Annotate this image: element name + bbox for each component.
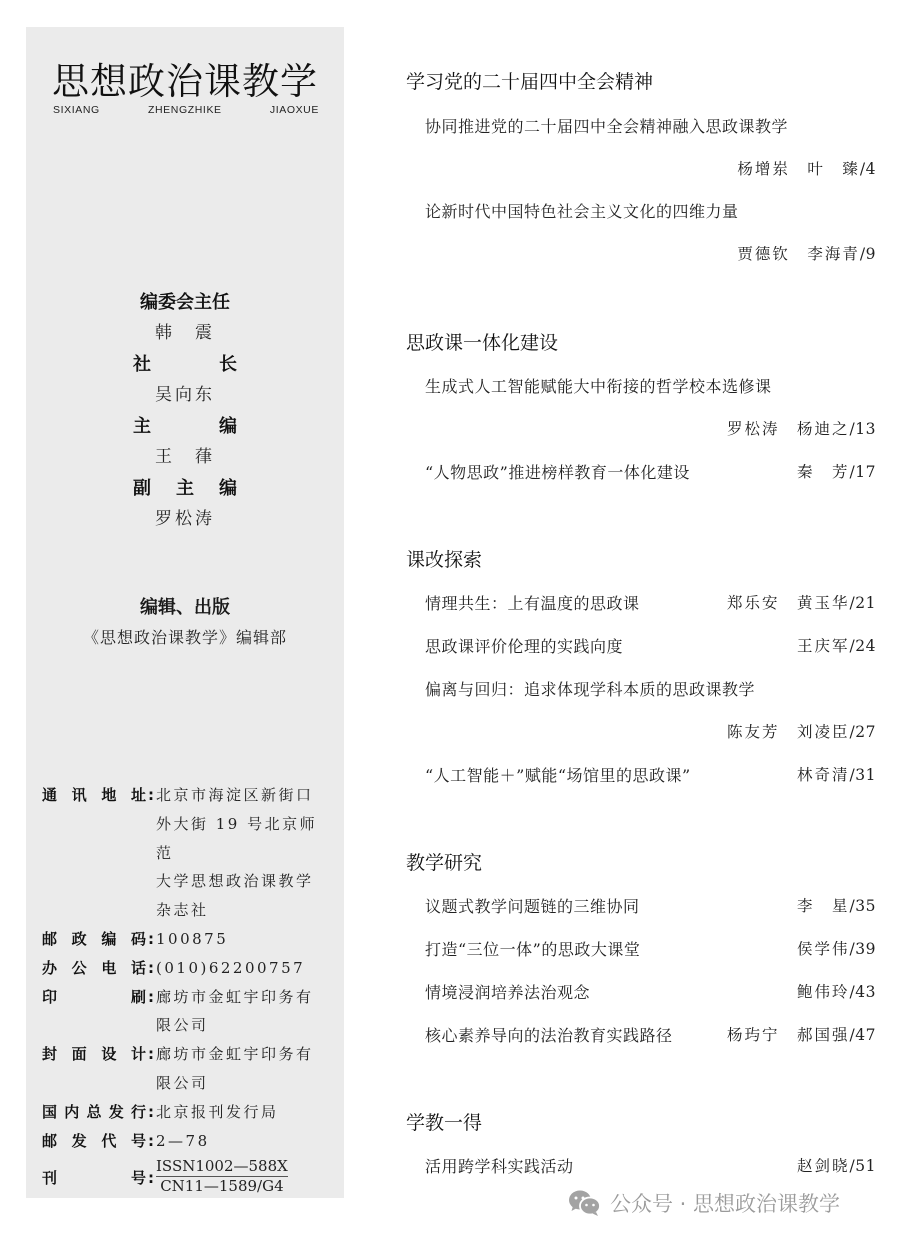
article-title[interactable]: 打造“三位一体”的思政大课堂 [425,937,640,960]
watermark-text: 公众号 · 思想政治课教学 [610,1188,840,1218]
role-char: 编 [219,411,237,442]
pinyin-word: JIAOXUE [270,104,319,116]
article-title[interactable]: 偏离与回归：追求体现学科本质的思政课教学 [425,677,755,700]
article-authors: 郑乐安 黄玉华 [727,594,850,612]
label-char: 刊 [42,1164,57,1193]
info-value: ISSN1002—588X CN11—1589/G4 [154,1155,334,1201]
section-title: 思政课一体化建设 [406,328,558,355]
label-char: 地 [101,781,116,925]
article-page[interactable]: 43 [855,983,876,1001]
label-char: 发 [109,1098,124,1127]
staff-name: 吴向东 [26,380,344,411]
role-char: 编 [219,473,237,504]
label-char: 封 [42,1040,57,1098]
article-authors: 陈友芳 刘凌臣 [727,723,850,741]
cn-number: CN11—1589/G4 [156,1177,288,1195]
publisher-role: 编辑、出版 [26,593,344,623]
article-page[interactable]: 9 [866,245,876,263]
article-title[interactable]: 生成式人工智能赋能大中衔接的哲学校本选修课 [425,374,772,397]
info-line: 外大街 19 号北京师范 [156,810,334,868]
article-meta: 罗松涛 杨迪之/13 [727,417,876,439]
article-meta: 李 星/35 [797,894,876,916]
role-char: 副 [133,473,151,504]
label-char: 址: [131,781,154,925]
info-line: 杂志社 [156,896,334,925]
info-value: 北京报刊发行局 [154,1098,334,1127]
article-title[interactable]: 思政课评价伦理的实践向度 [425,634,623,657]
label-char: 面 [72,1040,87,1098]
article-title[interactable]: 论新时代中国特色社会主义文化的四维力量 [425,199,739,222]
issn-fraction: ISSN1002—588X CN11—1589/G4 [156,1155,288,1195]
article-meta: 郑乐安 黄玉华/21 [727,591,876,613]
label-char: 内 [64,1098,79,1127]
article-authors: 王庆军 [797,637,850,655]
staff-role: 副 主 编 [133,473,237,504]
label-char: 国 [42,1098,57,1127]
section-title: 学习党的二十届四中全会精神 [406,67,653,94]
article-meta: 陈友芳 刘凌臣/27 [727,720,876,742]
info-label: 邮 政 编 码: [42,925,154,954]
article-page[interactable]: 51 [855,1157,876,1175]
contact-info: 通 讯 地 址: 北京市海淀区新街口 外大街 19 号北京师范 大学思想政治课教… [42,781,334,1201]
label-char: 总 [86,1098,101,1127]
label-char: 号: [131,1164,154,1193]
editorial-staff: 编委会主任 韩 震 社 长 吴向东 主 编 王 葎 副 主 编 罗松涛 [26,287,344,535]
role-char: 主 [133,411,151,442]
staff-name: 王 葎 [26,442,344,473]
article-authors: 李 星 [797,897,850,915]
article-authors: 贾德钦 李海青 [737,245,860,263]
info-label: 封 面 设 计: [42,1040,154,1098]
label-char: 办 [42,954,57,983]
staff-role: 社 长 [133,349,237,380]
article-meta: 王庆军/24 [797,634,876,656]
section-title: 教学研究 [406,848,482,875]
label-char: 号: [131,1127,154,1156]
masthead-sidebar: 思想政治课教学 SIXIANG ZHENGZHIKE JIAOXUE 编委会主任… [26,27,344,1198]
wechat-icon [568,1189,602,1217]
info-line: 廊坊市金虹宇印务有 [156,983,334,1012]
article-meta: 林奇清/31 [797,763,876,785]
wechat-watermark: 公众号 · 思想政治课教学 [568,1188,840,1218]
info-row-distributor: 国 内 总 发 行: 北京报刊发行局 [42,1098,334,1127]
article-meta: 杨玙宁 郝国强/47 [727,1023,876,1045]
article-authors: 赵剑晓 [797,1157,850,1175]
label-char: 发 [72,1127,87,1156]
info-label: 办 公 电 话: [42,954,154,983]
label-char: 讯 [72,781,87,925]
info-value: 100875 [154,925,334,954]
article-page[interactable]: 31 [855,766,876,784]
pinyin-word: SIXIANG [53,104,100,116]
publisher-name: 《思想政治课教学》编辑部 [26,623,344,653]
staff-name: 罗松涛 [26,504,344,535]
staff-role: 编委会主任 [26,287,344,318]
role-char: 长 [219,349,237,380]
info-row-printer: 印 刷: 廊坊市金虹宇印务有 限公司 [42,983,334,1041]
section-title: 学教一得 [406,1108,482,1135]
info-value: 廊坊市金虹宇印务有 限公司 [154,1040,334,1098]
section-title: 课改探索 [406,545,482,572]
article-authors: 罗松涛 杨迪之 [727,420,850,438]
info-line: 2—78 [156,1127,334,1156]
info-label: 通 讯 地 址: [42,781,154,925]
info-value: 廊坊市金虹宇印务有 限公司 [154,983,334,1041]
label-char: 政 [72,925,87,954]
info-label: 国 内 总 发 行: [42,1098,154,1127]
label-char: 计: [131,1040,154,1098]
article-title[interactable]: 情理共生：上有温度的思政课 [425,591,640,614]
info-line: 限公司 [156,1069,334,1098]
label-char: 话: [131,954,154,983]
article-authors: 杨增岽 叶 臻 [737,160,860,178]
label-char: 邮 [42,925,57,954]
article-meta: 贾德钦 李海青/9 [737,242,876,264]
info-line: 北京市海淀区新街口 [156,781,334,810]
article-authors: 林奇清 [797,766,850,784]
article-authors: 鲍伟玲 [797,983,850,1001]
info-label: 邮 发 代 号: [42,1127,154,1156]
article-meta: 侯学伟/39 [797,937,876,959]
label-char: 行: [131,1098,154,1127]
info-value: 2—78 [154,1127,334,1156]
info-line: 限公司 [156,1011,334,1040]
info-line: 北京报刊发行局 [156,1098,334,1127]
info-row-cover-design: 封 面 设 计: 廊坊市金虹宇印务有 限公司 [42,1040,334,1098]
article-authors: 秦 芳 [797,463,850,481]
article-page[interactable]: 4 [866,160,876,178]
label-char: 码: [131,925,154,954]
article-meta: 鲍伟玲/43 [797,980,876,1002]
article-title[interactable]: 议题式教学问题链的三维协同 [425,894,640,917]
label-char: 通 [42,781,57,925]
article-authors: 侯学伟 [797,940,850,958]
info-line: 100875 [156,925,334,954]
journal-title: 思想政治课教学 [26,51,344,105]
info-row-postcode: 邮 政 编 码: 100875 [42,925,334,954]
issn-number: ISSN1002—588X [156,1157,288,1177]
article-page[interactable]: 47 [855,1026,876,1044]
info-row-postal-code: 邮 发 代 号: 2—78 [42,1127,334,1156]
info-line: (010)62200757 [156,954,334,983]
article-title[interactable]: 协同推进党的二十届四中全会精神融入思政课教学 [425,114,788,137]
label-char: 公 [72,954,87,983]
role-char: 主 [176,473,194,504]
label-char: 编 [101,925,116,954]
article-page[interactable]: 39 [855,940,876,958]
label-char: 印 [42,983,57,1041]
article-page[interactable]: 27 [855,723,876,741]
article-page[interactable]: 13 [855,420,876,438]
article-title[interactable]: “人工智能＋”赋能“场馆里的思政课” [425,763,691,786]
article-title[interactable]: “人物思政”推进榜样教育一体化建设 [425,460,690,483]
article-meta: 赵剑晓/51 [797,1154,876,1176]
article-authors: 杨玙宁 郝国强 [727,1026,850,1044]
staff-role: 主 编 [133,411,237,442]
label-char: 设 [101,1040,116,1098]
label-char: 代 [101,1127,116,1156]
article-title[interactable]: 核心素养导向的法治教育实践路径 [425,1023,673,1046]
info-value: 北京市海淀区新街口 外大街 19 号北京师范 大学思想政治课教学 杂志社 [154,781,334,925]
info-row-phone: 办 公 电 话: (010)62200757 [42,954,334,983]
article-page[interactable]: 24 [855,637,876,655]
info-row-issn: 刊 号: ISSN1002—588X CN11—1589/G4 [42,1155,334,1201]
pinyin-word: ZHENGZHIKE [148,104,222,116]
publisher-block: 编辑、出版 《思想政治课教学》编辑部 [26,593,344,653]
article-page[interactable]: 17 [855,463,876,481]
label-char: 刷: [131,983,154,1041]
role-char: 社 [133,349,151,380]
article-page[interactable]: 21 [855,594,876,612]
info-row-address: 通 讯 地 址: 北京市海淀区新街口 外大街 19 号北京师范 大学思想政治课教… [42,781,334,925]
label-char: 电 [101,954,116,983]
article-title[interactable]: 情境浸润培养法治观念 [425,980,590,1003]
article-meta: 杨增岽 叶 臻/4 [737,157,876,179]
staff-name: 韩 震 [26,318,344,349]
article-meta: 秦 芳/17 [797,460,876,482]
info-line: 廊坊市金虹宇印务有 [156,1040,334,1069]
info-value: (010)62200757 [154,954,334,983]
label-char: 邮 [42,1127,57,1156]
info-line: 大学思想政治课教学 [156,867,334,896]
info-label: 印 刷: [42,983,154,1041]
article-page[interactable]: 35 [855,897,876,915]
info-label: 刊 号: [42,1164,154,1193]
journal-pinyin-subtitle: SIXIANG ZHENGZHIKE JIAOXUE [53,104,319,116]
article-title[interactable]: 活用跨学科实践活动 [425,1154,574,1177]
